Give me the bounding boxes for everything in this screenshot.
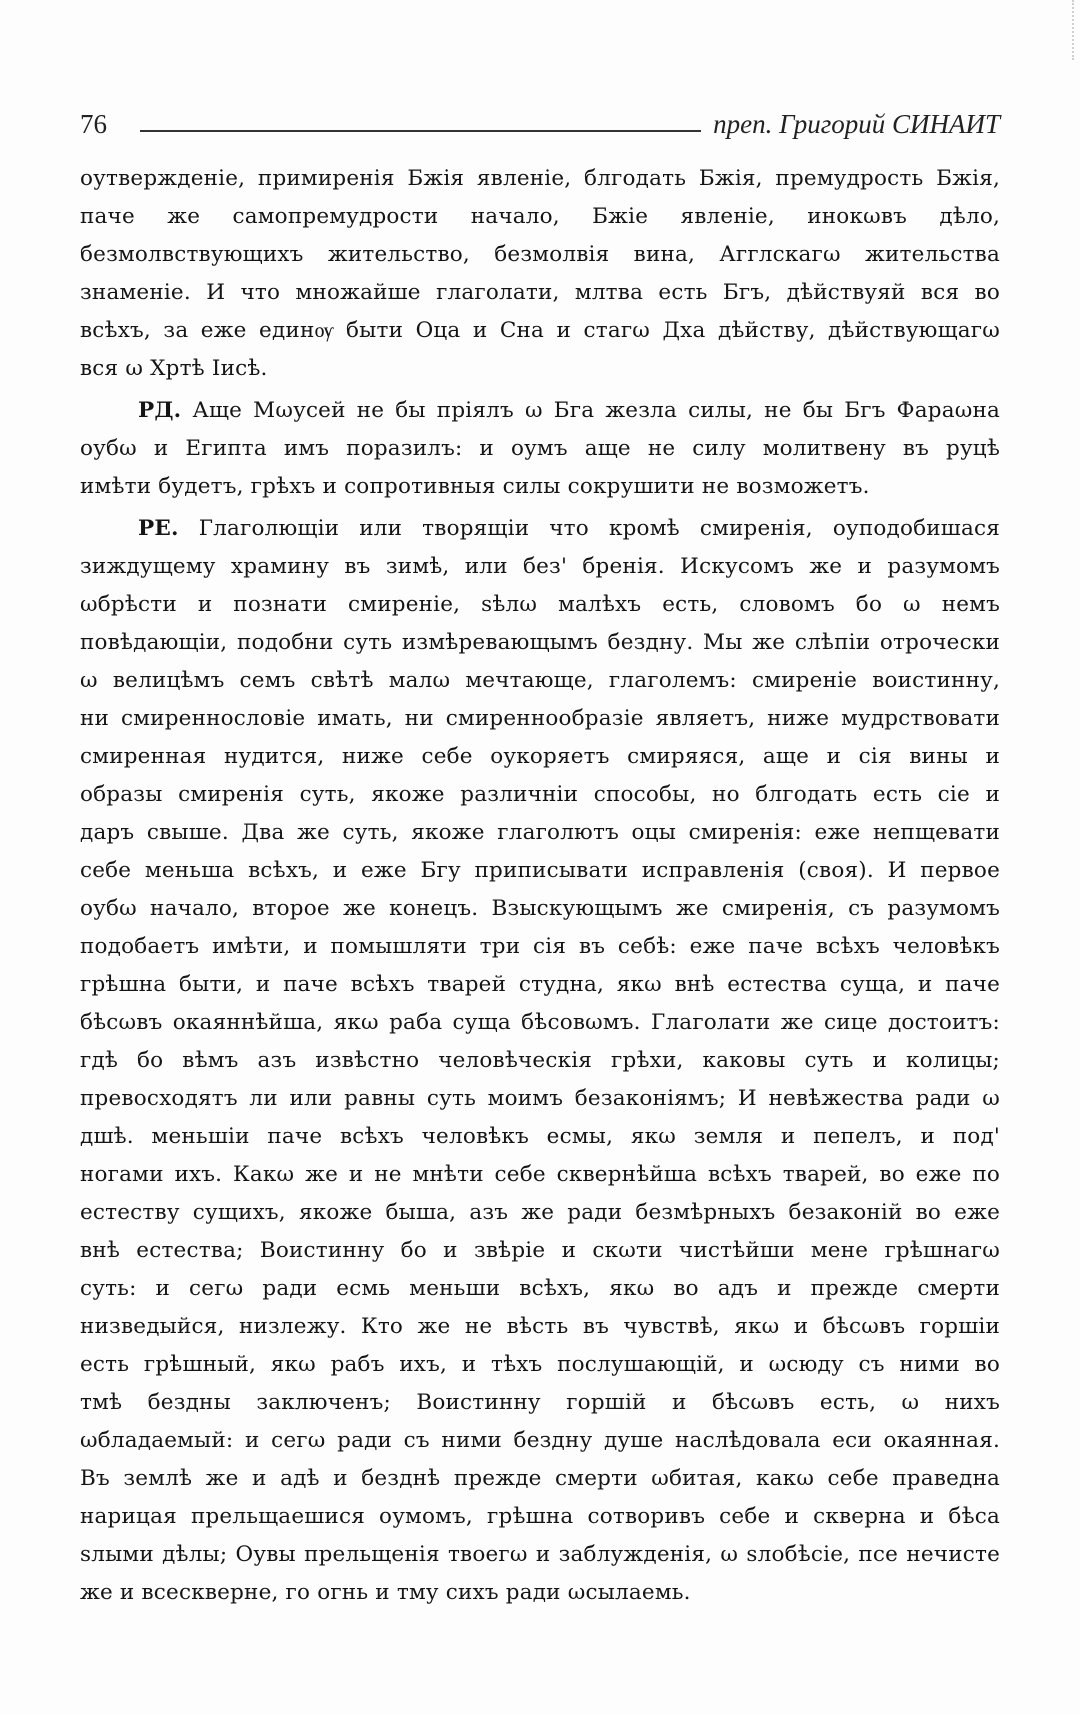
line-text: нарицая прельщаешися оумомъ, грѣшна сотв… [80,1504,1000,1529]
line-text: Глаголющіи или творящіи что кромѣ смирен… [199,516,1000,541]
page-number: 76 [80,109,140,140]
line-text: зиждущему храмину въ зимѣ, или без' брен… [80,554,1000,579]
text-line: паче же самопремудрости начало, Бжіе явл… [80,198,1000,236]
line-text: превосходятъ ли или равны суть моимъ без… [80,1086,1000,1111]
body-text: оутвержденіе, примиренія Бжія явленіе, б… [80,160,1000,1616]
text-line: ωбрѣсти и познати смиреніе, ѕѣлω малѣхъ … [80,586,1000,624]
line-text: себе меньша всѣхъ, и еже Бгу приписывати… [80,858,1000,883]
line-text: повѣдающіи, подобни суть измѣревающымъ б… [80,630,1000,655]
line-text: суть: и сегω ради есмь меньши всѣхъ, якω… [80,1276,1000,1301]
text-line: нарицая прельщаешися оумомъ, грѣшна сотв… [80,1498,1000,1536]
line-text: безмолвствующихъ жительство, безмолвія в… [80,242,1000,267]
paragraph-number: РЕ. [138,516,179,541]
line-text: оутвержденіе, примиренія Бжія явленіе, б… [80,166,1000,191]
paragraph: РЕ. Глаголющіи или творящіи что кромѣ см… [80,510,1000,1612]
text-line: ѕлыми дѣлы; Оувы прельщенія твоегω и заб… [80,1536,1000,1574]
line-text: ω велицѣмъ семъ свѣтѣ малω мечтающе, гла… [80,668,1000,693]
line-text: Въ землѣ же и адѣ и безднѣ прежде смерти… [80,1466,1000,1491]
text-line: внѣ естества; Воистинну бо и звѣріе и ск… [80,1232,1000,1270]
line-text: ωбладаемый: и сегω ради съ ними бездну д… [80,1428,1000,1453]
paragraph: оутвержденіе, примиренія Бжія явленіе, б… [80,160,1000,388]
line-text: есть грѣшный, якω рабъ ихъ, и тѣхъ послу… [80,1352,1000,1377]
text-line: ни смиреннословіе имать, ни смиреннообра… [80,700,1000,738]
text-line: естеству сущихъ, якоже быша, азъ же ради… [80,1194,1000,1232]
line-text: образы смиренія суть, якоже различніи сп… [80,782,1000,807]
text-line: оубω и Египта имъ поразилъ: и оумъ аще н… [80,430,1000,468]
line-text: естеству сущихъ, якоже быша, азъ же ради… [80,1200,1000,1225]
line-text: даръ свыше. Два же суть, якоже глаголютъ… [80,820,1000,845]
line-text: всѣхъ, за еже единѹ быти Оца и Сна и ста… [80,318,1000,343]
text-line: даръ свыше. Два же суть, якоже глаголютъ… [80,814,1000,852]
text-line: ωбладаемый: и сегω ради съ ними бездну д… [80,1422,1000,1460]
text-line: грѣшна быти, и паче всѣхъ тварей студна,… [80,966,1000,1004]
text-line: подобаетъ имѣти, и помышляти три сія въ … [80,928,1000,966]
line-text: гдѣ бо вѣмъ азъ извѣстно человѣческія гр… [80,1048,1000,1073]
line-text: грѣшна быти, и паче всѣхъ тварей студна,… [80,972,1000,997]
text-line: гдѣ бо вѣмъ азъ извѣстно человѣческія гр… [80,1042,1000,1080]
text-line: всѣхъ, за еже единѹ быти Оца и Сна и ста… [80,312,1000,350]
line-text: ωбрѣсти и познати смиреніе, ѕѣлω малѣхъ … [80,592,1000,617]
text-line: суть: и сегω ради есмь меньши всѣхъ, якω… [80,1270,1000,1308]
text-line: РЕ. Глаголющіи или творящіи что кромѣ см… [80,510,1000,548]
book-page: 76 преп. Григорий СИНАИТ оутвержденіе, п… [0,0,1080,1715]
text-line: же и всескверне, го огнь и тму сихъ ради… [80,1574,1000,1612]
text-line: знаменіе. И что множайше глаголати, млтв… [80,274,1000,312]
paragraph-number: РД. [138,398,181,423]
text-line: смиренная нудится, ниже себе оукоряетъ с… [80,738,1000,776]
text-line: низведыйся, низлежу. Кто же не вѣсть въ … [80,1308,1000,1346]
line-text: внѣ естества; Воистинну бо и звѣріе и ск… [80,1238,1000,1263]
page-header: 76 преп. Григорий СИНАИТ [80,100,1000,140]
header-rule [140,130,701,132]
line-text: Аще Мωусей не бы пріялъ ω Бга жезла силы… [192,398,1000,423]
text-line: ω велицѣмъ семъ свѣтѣ малω мечтающе, гла… [80,662,1000,700]
line-text: тмѣ бездны заключенъ; Воистинну горшій и… [80,1390,1000,1415]
line-text: смиренная нудится, ниже себе оукоряетъ с… [80,744,1000,769]
text-line: повѣдающіи, подобни суть измѣревающымъ б… [80,624,1000,662]
text-line: зиждущему храмину въ зимѣ, или без' брен… [80,548,1000,586]
paragraph-gap [80,1612,1000,1616]
line-text: оубω начало, второе же конецъ. Взыскующы… [80,896,1000,921]
running-title: преп. Григорий СИНАИТ [713,109,1000,140]
line-text: бѣсωвъ окаяннѣйша, якω раба суща бѣсовωм… [80,1010,1000,1035]
line-text: же и всескверне, го огнь и тму сихъ ради… [80,1580,691,1605]
line-text: знаменіе. И что множайше глаголати, млтв… [80,280,1000,305]
line-text: вся ω Хртѣ Іисѣ. [80,356,268,381]
line-text: ѕлыми дѣлы; Оувы прельщенія твоегω и заб… [80,1542,1000,1567]
line-text: оубω и Египта имъ поразилъ: и оумъ аще н… [80,436,1000,461]
line-text: имѣти будетъ, грѣхъ и сопротивныя силы с… [80,474,870,499]
text-line: безмолвствующихъ жительство, безмолвія в… [80,236,1000,274]
text-line: себе меньша всѣхъ, и еже Бгу приписывати… [80,852,1000,890]
line-text: дшѣ. меньшіи паче всѣхъ человѣкъ есмы, я… [80,1124,1000,1149]
text-line: дшѣ. меньшіи паче всѣхъ человѣкъ есмы, я… [80,1118,1000,1156]
text-line: бѣсωвъ окаяннѣйша, якω раба суща бѣсовωм… [80,1004,1000,1042]
text-line: Въ землѣ же и адѣ и безднѣ прежде смерти… [80,1460,1000,1498]
page-edge-mark [1069,0,1074,60]
text-line: превосходятъ ли или равны суть моимъ без… [80,1080,1000,1118]
line-text: низведыйся, низлежу. Кто же не вѣсть въ … [80,1314,1000,1339]
line-text: ни смиреннословіе имать, ни смиреннообра… [80,706,1000,731]
line-text: подобаетъ имѣти, и помышляти три сія въ … [80,934,1000,959]
line-text: паче же самопремудрости начало, Бжіе явл… [80,204,1000,229]
text-line: имѣти будетъ, грѣхъ и сопротивныя силы с… [80,468,1000,506]
text-line: ногами ихъ. Какω же и не мнѣти себе скве… [80,1156,1000,1194]
text-line: есть грѣшный, якω рабъ ихъ, и тѣхъ послу… [80,1346,1000,1384]
line-text: ногами ихъ. Какω же и не мнѣти себе скве… [80,1162,1000,1187]
text-line: образы смиренія суть, якоже различніи сп… [80,776,1000,814]
text-line: вся ω Хртѣ Іисѣ. [80,350,1000,388]
text-line: РД. Аще Мωусей не бы пріялъ ω Бга жезла … [80,392,1000,430]
paragraph: РД. Аще Мωусей не бы пріялъ ω Бга жезла … [80,392,1000,506]
text-line: оубω начало, второе же конецъ. Взыскующы… [80,890,1000,928]
text-line: тмѣ бездны заключенъ; Воистинну горшій и… [80,1384,1000,1422]
text-line: оутвержденіе, примиренія Бжія явленіе, б… [80,160,1000,198]
